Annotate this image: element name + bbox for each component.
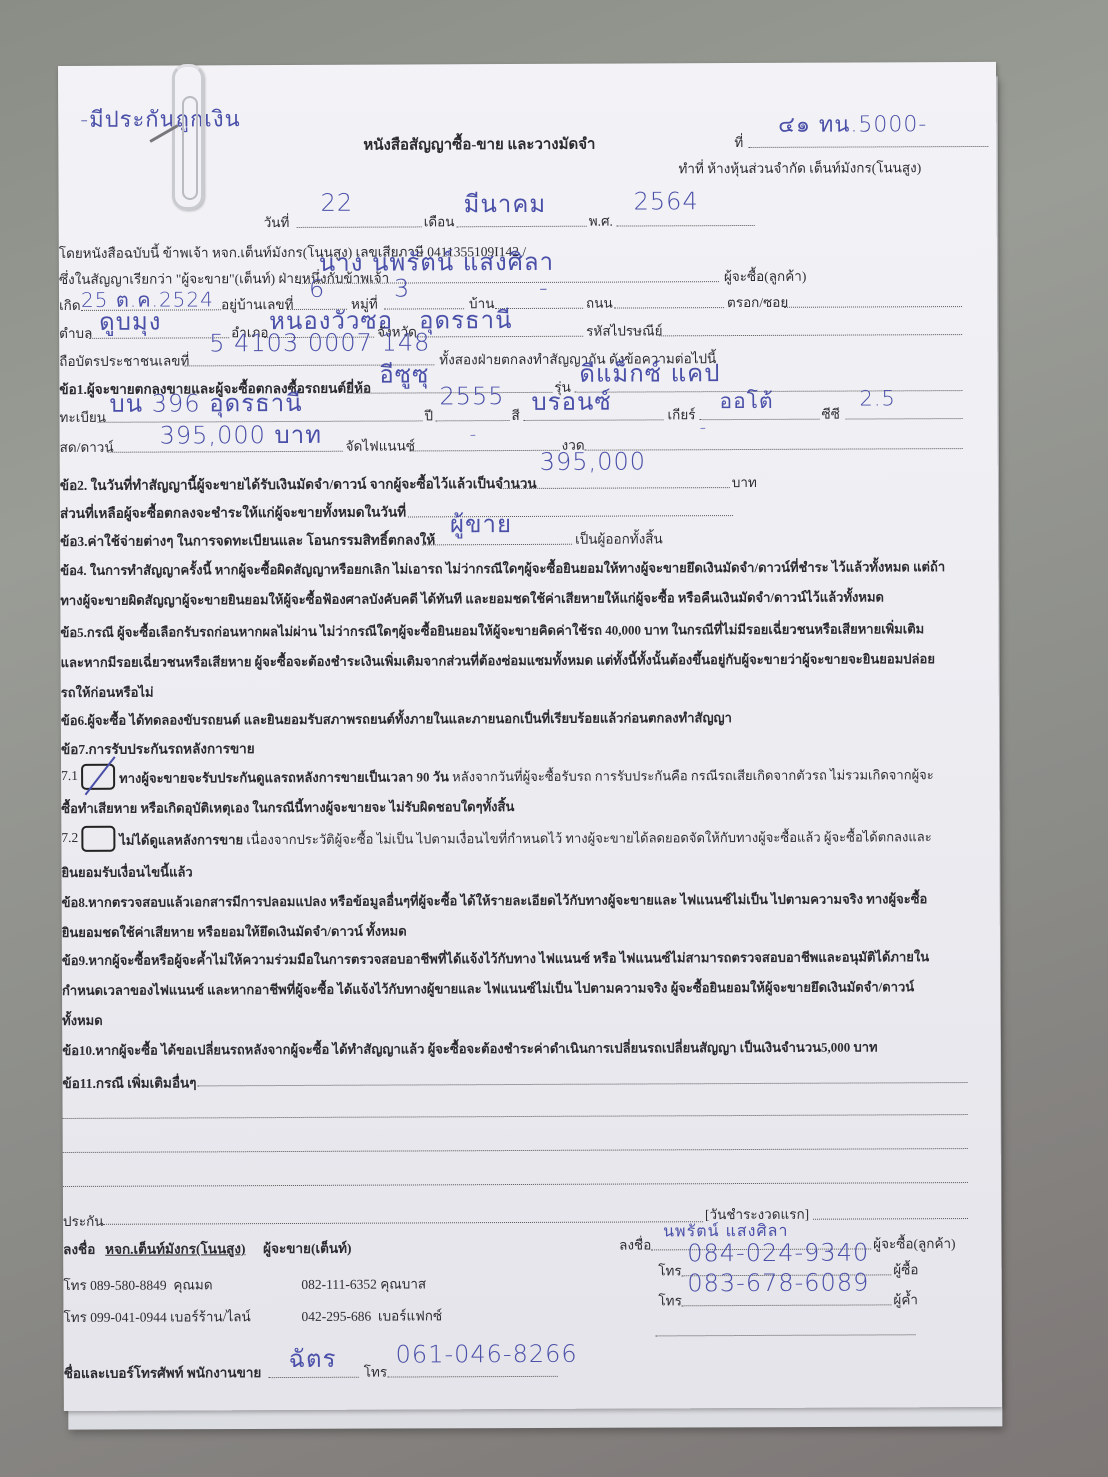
clause6: ข้อ6.ผู้จะซื้อ ได้ทดลองขับรถยนต์ และยินย… xyxy=(61,707,732,731)
car-cc: 2.5 xyxy=(859,386,896,410)
finance-value: - xyxy=(470,424,478,445)
seller-phone-4: 042-295-686 เบอร์แฟกซ์ xyxy=(301,1304,442,1327)
installment-value: - xyxy=(700,417,708,438)
clause11-line-3 xyxy=(63,1148,968,1153)
document-title: หนังสือสัญญาซื้อ-ขาย และวางมัดจำ xyxy=(363,132,595,157)
clause9-line1: ข้อ9.หากผู้จะซื้อหรือผู้จะค้ำไม่ให้ความร… xyxy=(62,946,929,971)
clause8-line2: ยินยอมชดใช้ค่าเสียหาย หรือยอมให้ยึดเงินม… xyxy=(62,920,407,943)
id-card-value: 5 4103 0007 148 xyxy=(209,328,430,357)
opt1-rest: หลังจากวันที่ผู้จะซื้อรับรถ การรับประกัน… xyxy=(449,767,934,784)
guarantor-phone: 083-678-6089 xyxy=(687,1268,869,1297)
opt1-num: 7.1 xyxy=(61,768,78,784)
clause11-line-1 xyxy=(197,1082,967,1086)
soi-label: ตรอก/ซอย xyxy=(727,291,788,313)
clause3-text: ข้อ3.ค่าใช้จ่ายต่างๆ ในการจดทะเบียนและ โ… xyxy=(60,528,435,552)
seller-phone-3-name: เบอร์ร้าน/ไลน์ xyxy=(170,1309,251,1324)
buyer-name: นาง นพรัตน์ แสงศิลา xyxy=(319,242,554,282)
road-label: ถนน xyxy=(586,292,613,314)
day-value: 22 xyxy=(321,189,354,217)
registration-label: ทะเบียน xyxy=(59,406,106,428)
clause7-title: ข้อ7.การรับประกันรถหลังการขาย xyxy=(61,737,255,760)
clause4-line2: ทางผู้จะขายผิดสัญญาผู้จะขายยินยอมให้ผู้จ… xyxy=(60,586,884,611)
opt2-bold: ไม่ได้ดูแลหลังการขาย xyxy=(119,832,243,848)
deposit-unit: บาท xyxy=(732,471,757,493)
salesperson-phone: 061-046-8266 xyxy=(396,1340,578,1369)
clause4-line1: ข้อ4. ในการทำสัญญาครั้งนี้ หากผู้จะซื้อผ… xyxy=(60,556,945,581)
seller-phone-2-number: 082-111-6352 xyxy=(301,1277,377,1292)
seller-phone-2-name: คุณบาส xyxy=(380,1276,426,1291)
clause11-line-2 xyxy=(63,1114,968,1119)
clause9-line2: กำหนดเวลาของไฟแนนซ์ และหากอาชีพที่ผู้จะซ… xyxy=(62,976,914,1001)
clause3-payer: ผู้ขาย xyxy=(450,504,512,543)
seller-phone-1-number: โทร 089-580-8849 xyxy=(63,1278,166,1293)
postal-label: รหัสไปรษณีย์ xyxy=(586,319,662,341)
seller-phone-2: 082-111-6352 คุณบาส xyxy=(301,1272,426,1295)
village-value: - xyxy=(539,274,549,302)
contract-no-value: ๔๑ ทน.5000- xyxy=(778,106,927,142)
house-value: 6 xyxy=(309,275,325,303)
clause5-line3: รถให้ก่อนหรือไม่ xyxy=(61,682,154,703)
seller-phone-1: โทร 089-580-8849 คุณมด xyxy=(63,1273,212,1296)
seller-name: หจก.เต็นท์มังกร(โนนสูง) xyxy=(105,1237,245,1260)
month-value: มีนาคม xyxy=(464,184,547,223)
buyer-role: ผู้จะซื้อ(ลูกค้า) xyxy=(873,1232,956,1254)
clause11-label: ข้อ11.กรณี เพิ่มเติมอื่นๆ xyxy=(62,1071,196,1094)
clause3-suffix: เป็นผู้ออกทั้งสิ้น xyxy=(575,527,663,549)
car-color: บรอนซ์ xyxy=(531,382,611,421)
clause8-line1: ข้อ8.หากตรวจสอบแล้วเอกสารมีการปลอมแปลง ห… xyxy=(62,888,928,913)
id-card-label: ถือบัตรประชาชนเลขที่ xyxy=(59,349,189,372)
clause5-line2: และหากมีรอยเฉี่ยวชนหรือเสียหาย ผู้จะซื้อ… xyxy=(61,648,935,673)
finance-label: จัดไฟแนนซ์ xyxy=(346,434,415,456)
opt2-rest: เนื่องจากประวัติผู้จะซื้อ ไม่เป็น ไปตามเ… xyxy=(243,829,932,847)
clause5-line1: ข้อ5.กรณี ผู้จะซื้อเลือกรับรถก่อนหากผลไม… xyxy=(60,618,924,643)
buyer-phone: 084-024-9340 xyxy=(687,1238,869,1267)
clause9-line3: ทั้งหมด xyxy=(62,1010,103,1031)
year-value: 2564 xyxy=(634,187,699,215)
guarantor-tel-label: โทร xyxy=(658,1289,682,1311)
remaining-text: ส่วนที่เหลือผู้จะซื้อตกลงจะชำระให้แก่ผู้… xyxy=(60,500,406,524)
opt1-line2: ซื้อทำเสียหาย หรือเกิดอุบัติเหตุเอง ในกร… xyxy=(61,796,514,819)
paperclip-inner-icon xyxy=(182,96,198,200)
clause2-text: ข้อ2. ในวันที่ทำสัญญานี้ผู้จะขายได้รับเง… xyxy=(60,472,537,496)
subdistrict-value: ดูบมุง xyxy=(99,302,162,341)
year-label: พ.ศ. xyxy=(589,210,613,232)
seller-role: ผู้จะขาย(เต็นท์) xyxy=(263,1237,351,1259)
color-label: สี xyxy=(511,404,519,426)
opt2-line2: ยินยอมรับเงื่อนไขนี้แล้ว xyxy=(61,861,192,883)
seller-phone-4-name: เบอร์แฟกซ์ xyxy=(378,1308,442,1323)
contract-document: -มีประกันถูกเงิน หนังสือสัญญาซื้อ-ขาย แล… xyxy=(58,62,1002,1411)
made-at: ทำที่ ห้างหุ้นส่วนจำกัด เต็นท์มังกร(โนนส… xyxy=(678,156,921,179)
salesperson-label: ชื่อและเบอร์โทรศัพท์ พนักงานขาย xyxy=(64,1361,262,1384)
salesperson-tel-label: โทร xyxy=(364,1361,388,1383)
margin-note: -มีประกันถูกเงิน xyxy=(80,101,240,137)
opt2-num: 7.2 xyxy=(61,830,78,846)
seller-phone-3-number: โทร 099-041-0944 xyxy=(63,1310,166,1325)
month-label: เดือน xyxy=(424,210,455,232)
day-label: วันที่ xyxy=(264,211,290,233)
province-value: อุดรธานี xyxy=(419,300,513,339)
buyer-sign-label: ลงชื่อ xyxy=(619,1233,651,1255)
clause11-line-4 xyxy=(63,1182,968,1187)
opt1-bold: ทางผู้จะขายจะรับประกันดูแลรถหลังการขายเป… xyxy=(119,769,449,785)
price-label: สด/ดาวน์ xyxy=(60,436,114,458)
seller-phone-3: โทร 099-041-0944 เบอร์ร้าน/ไลน์ xyxy=(63,1305,250,1328)
seller-phone-4-number: 042-295-686 xyxy=(301,1309,371,1324)
no-warranty-checkbox[interactable] xyxy=(81,826,115,852)
guarantor-phone-role: ผู้ค้ำ xyxy=(893,1288,918,1310)
contract-no-label: ที่ xyxy=(734,131,743,153)
guarantee-label: ประกัน xyxy=(63,1210,104,1232)
born-label: เกิด xyxy=(59,294,81,316)
seller-sign-label: ลงชื่อ xyxy=(63,1238,95,1260)
car-gear: ออโต้ xyxy=(719,385,773,418)
salesperson-name: ฉัตร xyxy=(289,1339,337,1378)
moo-value: 3 xyxy=(394,274,410,302)
opt1-text: ทางผู้จะขายจะรับประกันดูแลรถหลังการขายเป… xyxy=(119,764,934,789)
gear-label: เกียร์ xyxy=(667,403,695,425)
price-value: 395,000 บาท xyxy=(160,415,323,455)
seller-phone-1-name: คุณมด xyxy=(173,1277,212,1292)
deposit-amount: 395,000 xyxy=(540,447,646,475)
buyer-tel-label: โทร xyxy=(658,1259,682,1281)
opt2-text: ไม่ได้ดูแลหลังการขาย เนื่องจากประวัติผู้… xyxy=(119,826,931,851)
cc-label: ซีซี xyxy=(821,403,839,425)
car-year: 2555 xyxy=(439,382,504,410)
party-suffix: ผู้จะซื้อ(ลูกค้า) xyxy=(724,265,807,287)
car-brand: อีซูซุ xyxy=(379,354,429,393)
year-label: ปี xyxy=(424,404,433,426)
clause10: ข้อ10.หากผู้จะซื้อ ได้ขอเปลี่ยนรถหลังจาก… xyxy=(62,1036,877,1061)
buyer-phone-role: ผู้ซื้อ xyxy=(893,1258,918,1280)
subdistrict-label: ตำบล xyxy=(59,322,92,344)
